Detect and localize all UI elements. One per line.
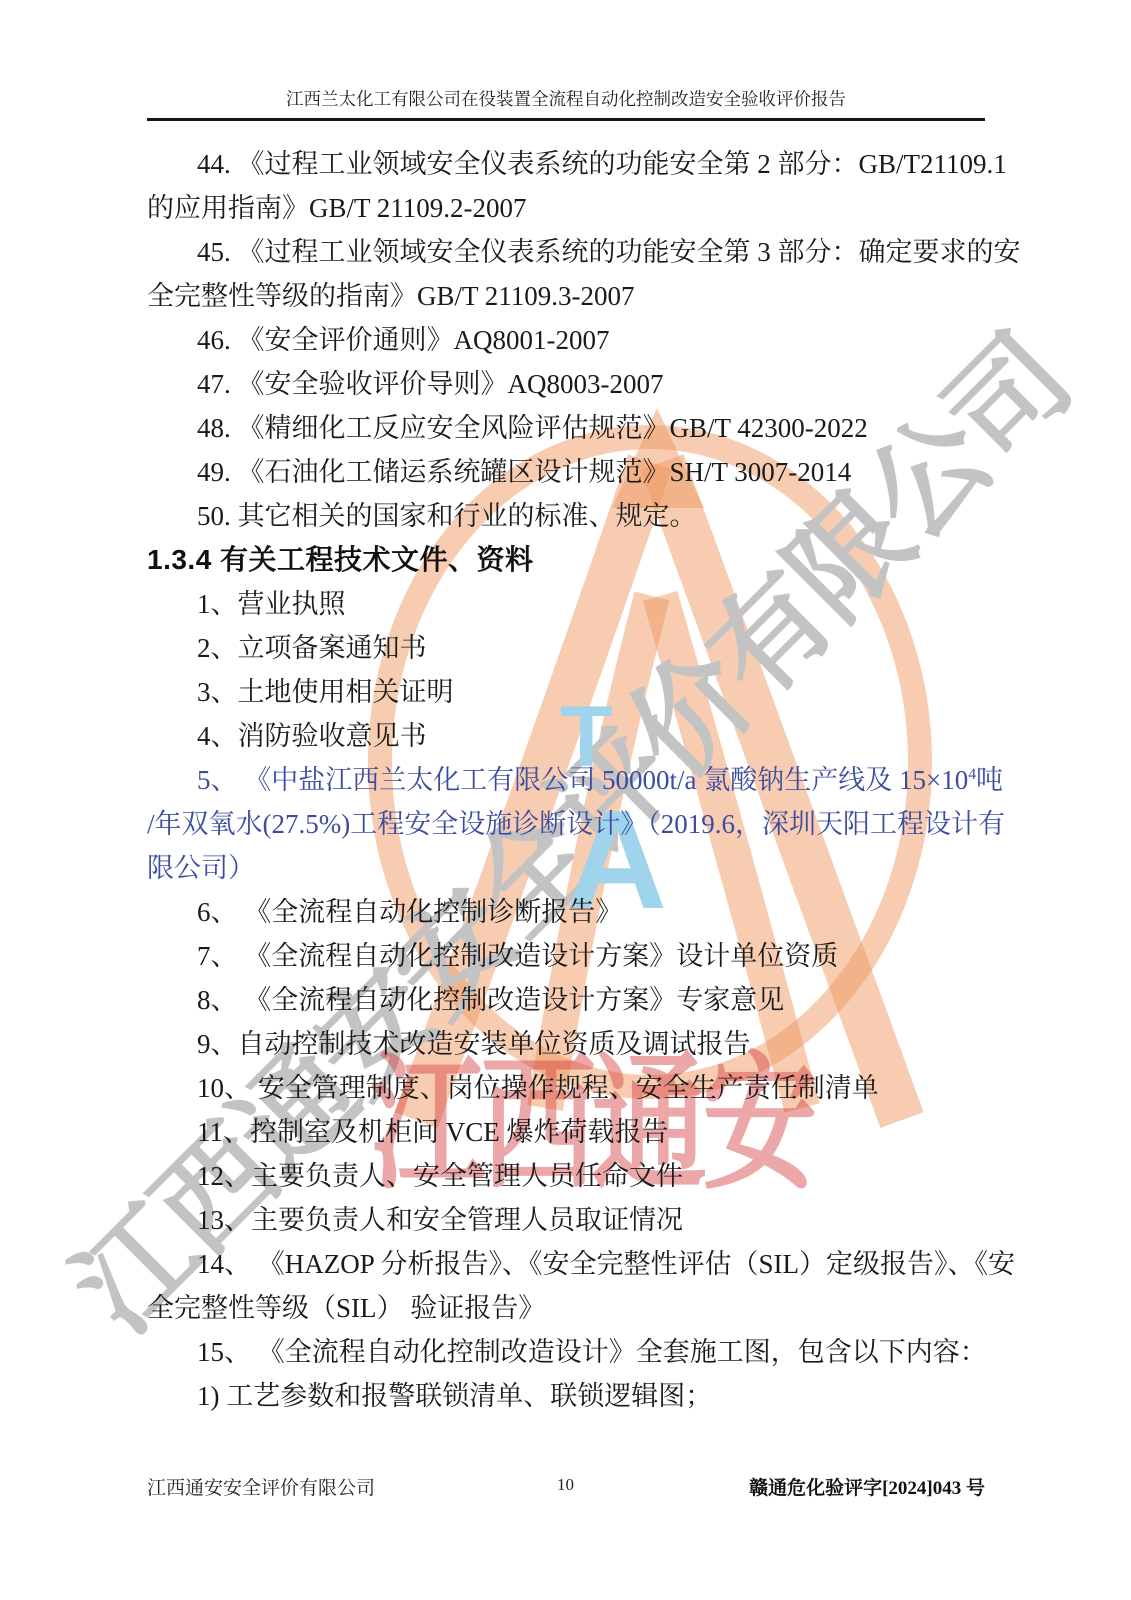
line-text: 45. 《过程工业领域安全仪表系统的功能安全第 3 部分：确定要求的安 [197, 237, 1021, 267]
line-text: 9、自动控制技术改造安装单位资质及调试报告 [197, 1029, 751, 1059]
document-line: 9、自动控制技术改造安装单位资质及调试报告 [147, 1022, 985, 1066]
page-header-title: 江西兰太化工有限公司在役装置全流程自动化控制改造安全验收评价报告 [147, 86, 985, 111]
line-text: 14、 《HAZOP 分析报告》、《安全完整性评估（SIL）定级报告》、《安 [197, 1249, 1015, 1279]
document-line: 13、主要负责人和安全管理人员取证情况 [147, 1198, 985, 1242]
line-text: 50. 其它相关的国家和行业的标准、规定。 [197, 501, 697, 531]
page-content: 江西兰太化工有限公司在役装置全流程自动化控制改造安全验收评价报告 44. 《过程… [0, 0, 1131, 1600]
document-line: 限公司） [147, 846, 985, 890]
line-text: 10、 安全管理制度、岗位操作规程、安全生产责任制清单 [197, 1073, 879, 1103]
line-text: 6、 《全流程自动化控制诊断报告》 [197, 897, 622, 927]
document-line: 4、消防验收意见书 [147, 714, 985, 758]
document-line: 全完整性等级的指南》GB/T 21109.3-2007 [147, 274, 985, 318]
document-line: 14、 《HAZOP 分析报告》、《安全完整性评估（SIL）定级报告》、《安 [147, 1242, 985, 1286]
document-line: 8、 《全流程自动化控制改造设计方案》专家意见 [147, 978, 985, 1022]
line-text: 5、 《中盐江西兰太化工有限公司 50000t/a 氯酸钠生产线及 15×10 [197, 765, 968, 795]
line-text: 全完整性等级的指南》GB/T 21109.3-2007 [147, 281, 635, 311]
line-text: 7、 《全流程自动化控制改造设计方案》设计单位资质 [197, 941, 838, 971]
document-line: 12、主要负责人、安全管理人员任命文件 [147, 1154, 985, 1198]
document-line: 6、 《全流程自动化控制诊断报告》 [147, 890, 985, 934]
document-line: 15、 《全流程自动化控制改造设计》全套施工图，包含以下内容： [147, 1330, 985, 1374]
document-line: 7、 《全流程自动化控制改造设计方案》设计单位资质 [147, 934, 985, 978]
line-text: 限公司） [147, 853, 255, 883]
document-line: 1) 工艺参数和报警联锁清单、联锁逻辑图； [147, 1374, 985, 1418]
line-text: 1.3.4 有关工程技术文件、资料 [147, 544, 534, 575]
line-text: /年双氧水(27.5%)工程安全设施诊断设计》（2019.6，深圳天阳工程设计有 [147, 809, 1005, 839]
line-text: 2、立项备案通知书 [197, 633, 427, 663]
line-text: 46. 《安全评价通则》AQ8001-2007 [197, 325, 610, 355]
section-heading: 1.3.4 有关工程技术文件、资料 [147, 538, 985, 582]
header-rule [147, 118, 985, 121]
document-line: 2、立项备案通知书 [147, 626, 985, 670]
line-text: 44. 《过程工业领域安全仪表系统的功能安全第 2 部分：GB/T21109.1 [197, 149, 1007, 179]
line-text: 1) 工艺参数和报警联锁清单、联锁逻辑图； [197, 1381, 712, 1411]
document-line: 50. 其它相关的国家和行业的标准、规定。 [147, 494, 985, 538]
document-line: 11、控制室及机柜间 VCE 爆炸荷载报告 [147, 1110, 985, 1154]
document-line: 5、 《中盐江西兰太化工有限公司 50000t/a 氯酸钠生产线及 15×104… [147, 758, 985, 802]
document-line: 49. 《石油化工储运系统罐区设计规范》SH/T 3007-2014 [147, 450, 985, 494]
line-text: 全完整性等级（SIL） 验证报告》 [147, 1293, 545, 1323]
document-body: 44. 《过程工业领域安全仪表系统的功能安全第 2 部分：GB/T21109.1… [147, 142, 985, 1418]
document-page: 江西通安安全评价有限公司 T A 江西通安 江西兰太化工有限公司在役装置全流程自… [0, 0, 1131, 1600]
line-text: 11、控制室及机柜间 VCE 爆炸荷载报告 [197, 1117, 669, 1147]
superscript: 4 [968, 766, 976, 783]
document-line: 1、营业执照 [147, 582, 985, 626]
line-text: 13、主要负责人和安全管理人员取证情况 [197, 1205, 683, 1235]
document-line: 3、土地使用相关证明 [147, 670, 985, 714]
line-text: 49. 《石油化工储运系统罐区设计规范》SH/T 3007-2014 [197, 457, 851, 487]
line-text: 15、 《全流程自动化控制改造设计》全套施工图，包含以下内容： [197, 1337, 987, 1367]
document-line: 47. 《安全验收评价导则》AQ8003-2007 [147, 362, 985, 406]
line-text: 4、消防验收意见书 [197, 721, 427, 751]
document-line: 48. 《精细化工反应安全风险评估规范》GB/T 42300-2022 [147, 406, 985, 450]
line-text: 47. 《安全验收评价导则》AQ8003-2007 [197, 369, 664, 399]
line-text: 48. 《精细化工反应安全风险评估规范》GB/T 42300-2022 [197, 413, 868, 443]
document-line: 全完整性等级（SIL） 验证报告》 [147, 1286, 985, 1330]
document-line: /年双氧水(27.5%)工程安全设施诊断设计》（2019.6，深圳天阳工程设计有 [147, 802, 985, 846]
footer-document-number: 赣通危化验评字[2024]043 号 [749, 1473, 985, 1500]
document-line: 45. 《过程工业领域安全仪表系统的功能安全第 3 部分：确定要求的安 [147, 230, 985, 274]
document-line: 的应用指南》GB/T 21109.2-2007 [147, 186, 985, 230]
line-text: 8、 《全流程自动化控制改造设计方案》专家意见 [197, 985, 784, 1015]
document-line: 10、 安全管理制度、岗位操作规程、安全生产责任制清单 [147, 1066, 985, 1110]
line-text: 吨 [976, 765, 1003, 795]
document-line: 46. 《安全评价通则》AQ8001-2007 [147, 318, 985, 362]
line-text: 12、主要负责人、安全管理人员任命文件 [197, 1161, 683, 1191]
line-text: 1、营业执照 [197, 589, 346, 619]
line-text: 的应用指南》GB/T 21109.2-2007 [147, 193, 527, 223]
line-text: 3、土地使用相关证明 [197, 677, 454, 707]
document-line: 44. 《过程工业领域安全仪表系统的功能安全第 2 部分：GB/T21109.1 [147, 142, 985, 186]
